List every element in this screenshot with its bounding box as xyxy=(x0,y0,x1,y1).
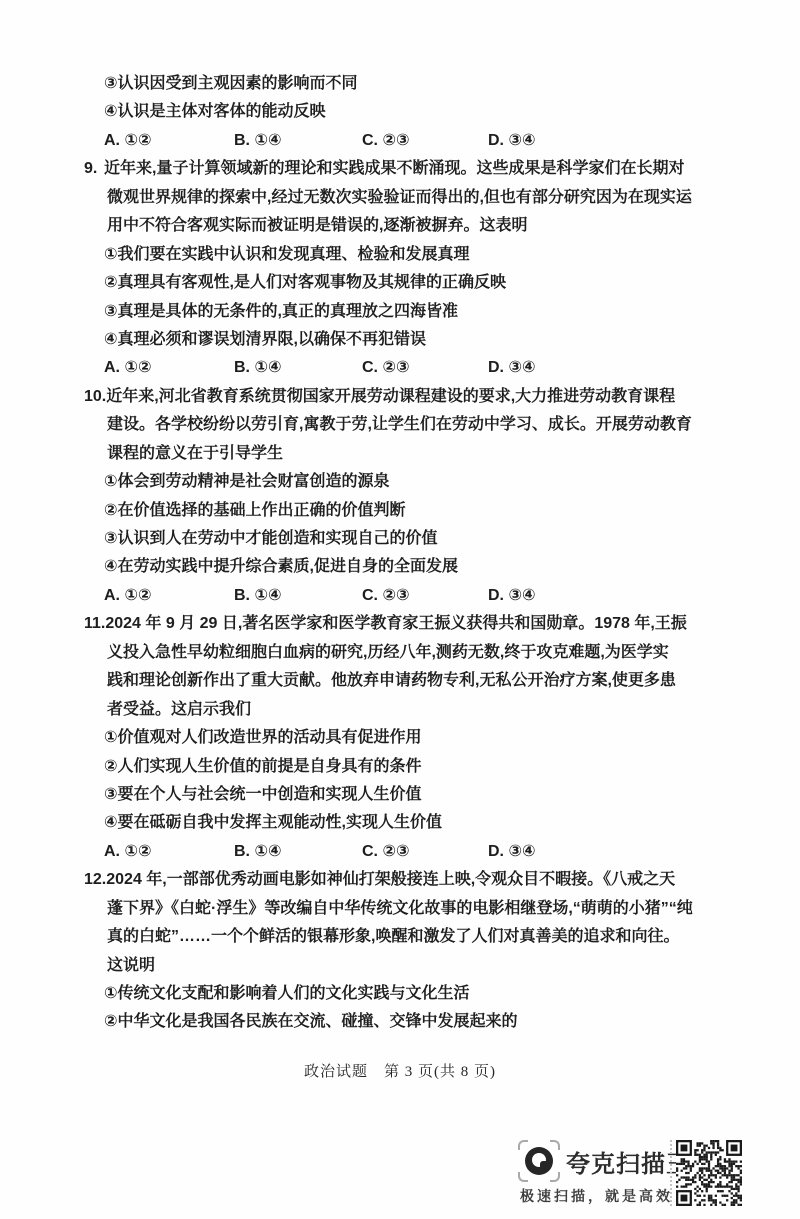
choice-a: A. ①② xyxy=(104,838,152,866)
choice-b: B. ①④ xyxy=(234,838,282,866)
q11-stem-line: 11.2024 年 9 月 29 日,著名医学家和医学教育家王振义获得共和国勋章… xyxy=(0,610,800,638)
q12-stem-line: 这说明 xyxy=(0,952,800,980)
q9-stem-line: 9.近年来,量子计算领域新的理论和实践成果不断涌现。这些成果是科学家们在长期对 xyxy=(0,155,800,183)
choice-c: C. ②③ xyxy=(362,127,410,155)
q12-stem-line: 真的白蛇”……一个个鲜活的银幕形象,唤醒和激发了人们对真善美的追求和向往。 xyxy=(0,923,800,951)
q11-stem-line: 践和理论创新作出了重大贡献。他放弃申请药物专利,无私公开治疗方案,使更多患 xyxy=(0,667,800,695)
viewfinder-corner-icon xyxy=(550,1172,560,1182)
q8-item: ④认识是主体对客体的能动反映 xyxy=(0,98,800,126)
q10-stem-line: 建设。各学校纷纷以劳引育,寓教于劳,让学生们在劳动中学习、成长。开展劳动教育 xyxy=(0,411,800,439)
q9-item: ①我们要在实践中认识和发现真理、检验和发展真理 xyxy=(0,241,800,269)
q12-stem-line: 12.2024 年,一部部优秀动画电影如神仙打架般接连上映,令观众目不暇接。《八… xyxy=(0,866,800,894)
choice-b: B. ①④ xyxy=(234,582,282,610)
choice-d: D. ③④ xyxy=(488,582,536,610)
q10-item: ④在劳动实践中提升综合素质,促进自身的全面发展 xyxy=(0,553,800,581)
lens-circle-icon xyxy=(525,1147,553,1175)
q8-item: ③认识因受到主观因素的影响而不同 xyxy=(0,70,800,98)
scanner-watermark: 夸克扫描王 极速扫描，就是高效 xyxy=(516,1126,756,1216)
viewfinder-corner-icon xyxy=(518,1172,528,1182)
q9-stem-line: 用中不符合客观实际而被证明是错误的,逐渐被摒弃。这表明 xyxy=(0,212,800,240)
page-footer: 政治试题 第 3 页(共 8 页) xyxy=(0,1060,800,1081)
q11-item: ③要在个人与社会统一中创造和实现人生价值 xyxy=(0,781,800,809)
choice-a: A. ①② xyxy=(104,582,152,610)
q12-number: 12. xyxy=(84,866,106,894)
choice-b: B. ①④ xyxy=(234,127,282,155)
q10-choices: A. ①② B. ①④ C. ②③ D. ③④ xyxy=(0,582,800,610)
q9-item: ②真理具有客观性,是人们对客观事物及其规律的正确反映 xyxy=(0,269,800,297)
exam-content: ③认识因受到主观因素的影响而不同 ④认识是主体对客体的能动反映 A. ①② B.… xyxy=(0,70,800,1037)
choice-c: C. ②③ xyxy=(362,354,410,382)
q11-item: ①价值观对人们改造世界的活动具有促进作用 xyxy=(0,724,800,752)
choice-c: C. ②③ xyxy=(362,838,410,866)
q10-stem-line: 10.近年来,河北省教育系统贯彻国家开展劳动课程建设的要求,大力推进劳动教育课程 xyxy=(0,383,800,411)
scanner-brand-name: 夸克扫描王 xyxy=(566,1144,691,1179)
q8-choices: A. ①② B. ①④ C. ②③ D. ③④ xyxy=(0,127,800,155)
choice-d: D. ③④ xyxy=(488,838,536,866)
q12-stem-text: 2024 年,一部部优秀动画电影如神仙打架般接连上映,令观众目不暇接。《八戒之天 xyxy=(106,871,675,888)
q9-item: ③真理是具体的无条件的,真正的真理放之四海皆准 xyxy=(0,298,800,326)
q10-item: ②在价值选择的基础上作出正确的价值判断 xyxy=(0,497,800,525)
q11-item: ②人们实现人生价值的前提是自身具有的条件 xyxy=(0,753,800,781)
q10-number: 10. xyxy=(84,383,106,411)
q11-choices: A. ①② B. ①④ C. ②③ D. ③④ xyxy=(0,838,800,866)
qr-code xyxy=(676,1140,742,1206)
choice-d: D. ③④ xyxy=(488,354,536,382)
q11-stem-text: 2024 年 9 月 29 日,著名医学家和医学教育家王振义获得共和国勋章。19… xyxy=(105,615,686,632)
q10-stem-line: 课程的意义在于引导学生 xyxy=(0,440,800,468)
q10-item: ③认识到人在劳动中才能创造和实现自己的价值 xyxy=(0,525,800,553)
q9-choices: A. ①② B. ①④ C. ②③ D. ③④ xyxy=(0,354,800,382)
q9-item: ④真理必须和谬误划清界限,以确保不再犯错误 xyxy=(0,326,800,354)
scanner-logo-icon xyxy=(518,1140,560,1182)
viewfinder-corner-icon xyxy=(518,1140,528,1150)
q12-item: ②中华文化是我国各民族在交流、碰撞、交锋中发展起来的 xyxy=(0,1008,800,1036)
q10-item: ①体会到劳动精神是社会财富创造的源泉 xyxy=(0,468,800,496)
watermark-separator xyxy=(670,1140,672,1206)
q12-item: ①传统文化支配和影响着人们的文化实践与文化生活 xyxy=(0,980,800,1008)
q11-stem-line: 者受益。这启示我们 xyxy=(0,696,800,724)
choice-d: D. ③④ xyxy=(488,127,536,155)
q9-stem-text: 近年来,量子计算领域新的理论和实践成果不断涌现。这些成果是科学家们在长期对 xyxy=(104,160,684,177)
choice-a: A. ①② xyxy=(104,127,152,155)
q12-stem-line: 蓬下界》《白蛇·浮生》等改编自中华传统文化故事的电影相继登场,“萌萌的小猪”“纯 xyxy=(0,895,800,923)
choice-a: A. ①② xyxy=(104,354,152,382)
scanned-exam-page: ③认识因受到主观因素的影响而不同 ④认识是主体对客体的能动反映 A. ①② B.… xyxy=(0,0,800,1219)
q11-number: 11. xyxy=(84,610,105,638)
viewfinder-corner-icon xyxy=(550,1140,560,1150)
choice-b: B. ①④ xyxy=(234,354,282,382)
q10-stem-text: 近年来,河北省教育系统贯彻国家开展劳动课程建设的要求,大力推进劳动教育课程 xyxy=(106,388,675,405)
choice-c: C. ②③ xyxy=(362,582,410,610)
q11-item: ④要在砥砺自我中发挥主观能动性,实现人生价值 xyxy=(0,809,800,837)
scanner-tagline: 极速扫描，就是高效 xyxy=(520,1186,673,1206)
q9-stem-line: 微观世界规律的探索中,经过无数次实验验证而得出的,但也有部分研究因为在现实运 xyxy=(0,184,800,212)
q11-stem-line: 义投入急性早幼粒细胞白血病的研究,历经八年,测药无数,终于攻克难题,为医学实 xyxy=(0,639,800,667)
q9-number: 9. xyxy=(84,155,104,183)
